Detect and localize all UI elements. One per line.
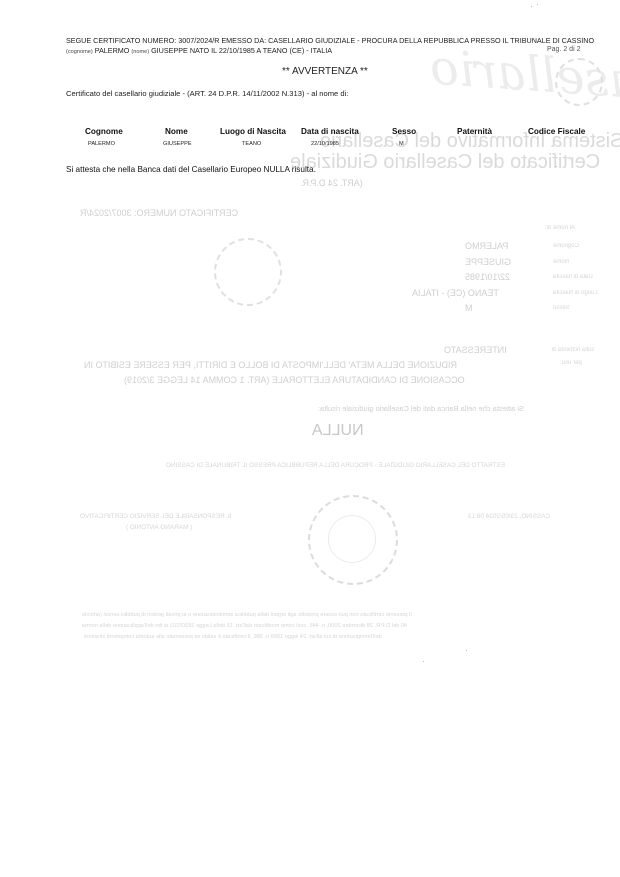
bleed-uso-line1: RIDUZIONE DELLA META' DELL'IMPOSTA DI BO…	[84, 360, 457, 370]
column-header-cognome: Cognome	[85, 127, 123, 136]
bleed-uso: per uso:	[560, 360, 582, 366]
column-header-sesso: Sesso	[392, 127, 416, 136]
european-record-attestation: Si attesta che nella Banca dati del Case…	[66, 165, 316, 174]
bleed-value: M	[465, 303, 473, 313]
column-header-paternita: Paternità	[457, 127, 492, 136]
document-page: Casellario Sistema Informativo del Casel…	[0, 0, 620, 877]
cell-nome: GIUSEPPE	[163, 141, 192, 147]
bleed-value: PALERMO	[465, 241, 508, 251]
bleed-title2: Certificato del Casellario Giudiziale	[290, 151, 600, 174]
bleed-responsabile-name: ( MARANO ANTONIO )	[126, 524, 192, 531]
column-header-luogo: Luogo di Nascita	[220, 127, 286, 136]
bleed-label: Sesso	[553, 305, 570, 311]
bleed-label: Nome	[553, 259, 569, 265]
surname-label: (cognome)	[66, 49, 93, 55]
bleed-richiesta: sulla richiesta di:	[550, 347, 594, 353]
seal-bleed-upper-icon	[214, 238, 282, 306]
bleed-art: (ART. 24 D.P.R.	[300, 178, 363, 188]
cell-sesso: M	[399, 141, 404, 147]
subject-header: (cognome) PALERMO (nome) GIUSEPPE NATO I…	[66, 46, 332, 55]
bleed-label: Cognome	[553, 243, 579, 249]
bleed-estratto: ESTRATTO DEL CASELLARIO GIUDIZIALE - PRO…	[166, 462, 505, 469]
bleed-attesta: Si attesta che nella Banca dati del Case…	[318, 404, 524, 413]
page-number: Pag. 2 di 2	[547, 46, 580, 53]
surname-value: PALERMO	[95, 46, 130, 55]
bleed-value: GIUSEPPE	[465, 257, 511, 267]
certificate-line: Certificato del casellario giudiziale - …	[66, 89, 348, 98]
seal-bleed-lower-icon	[308, 495, 398, 585]
bleed-interessato: INTERESSATO	[444, 345, 507, 355]
continuation-header: SEGUE CERTIFICATO NUMERO: 3007/2024/R EM…	[66, 36, 594, 45]
column-header-data: Data di nascita	[301, 127, 359, 136]
bleed-nulla: NULLA	[312, 422, 364, 440]
name-label: (nome)	[131, 49, 149, 55]
cell-luogo: TEANO	[242, 141, 261, 147]
warning-title: ** AVVERTENZA **	[282, 66, 368, 77]
subject-details: GIUSEPPE NATO IL 22/10/1985 A TEANO (CE)…	[151, 46, 332, 55]
bleed-footer3: dell'immigrazione di cui all'art. 24 leg…	[82, 634, 382, 640]
bleed-value: TEANO (CE) - ITALIA	[412, 288, 499, 298]
bleed-value: 22/10/1985	[465, 272, 510, 282]
bleed-footer1: Il presente certificato non può essere p…	[82, 612, 412, 618]
bleed-cert-number: CERTIFICATO NUMERO: 3007/2024/R	[80, 208, 238, 218]
bleed-al-nome: Al nome di:	[545, 225, 575, 231]
bleed-footer2: 40 del D.P.R. 28 dicembre 2000, n. 445, …	[82, 623, 407, 629]
bleed-date: CASSINO, 23/05/2024 08:13	[468, 513, 550, 520]
column-header-codice-fiscale: Codice Fiscale	[528, 127, 585, 136]
bleed-uso-line2: OCCASIONE DI CANDIDATURA ELETTORALE (ART…	[124, 375, 465, 385]
bleed-label: Luogo di Nascita	[553, 290, 598, 296]
cell-data: 22/10/1985	[311, 141, 339, 147]
bleed-label: Data di nascita	[553, 274, 593, 280]
column-header-nome: Nome	[165, 127, 188, 136]
cell-cognome: PALERMO	[88, 141, 115, 147]
bleed-responsabile: IL RESPONSABILE DEL SERVIZIO CERTIFICATI…	[80, 513, 232, 520]
emblem-watermark-icon	[555, 58, 603, 106]
